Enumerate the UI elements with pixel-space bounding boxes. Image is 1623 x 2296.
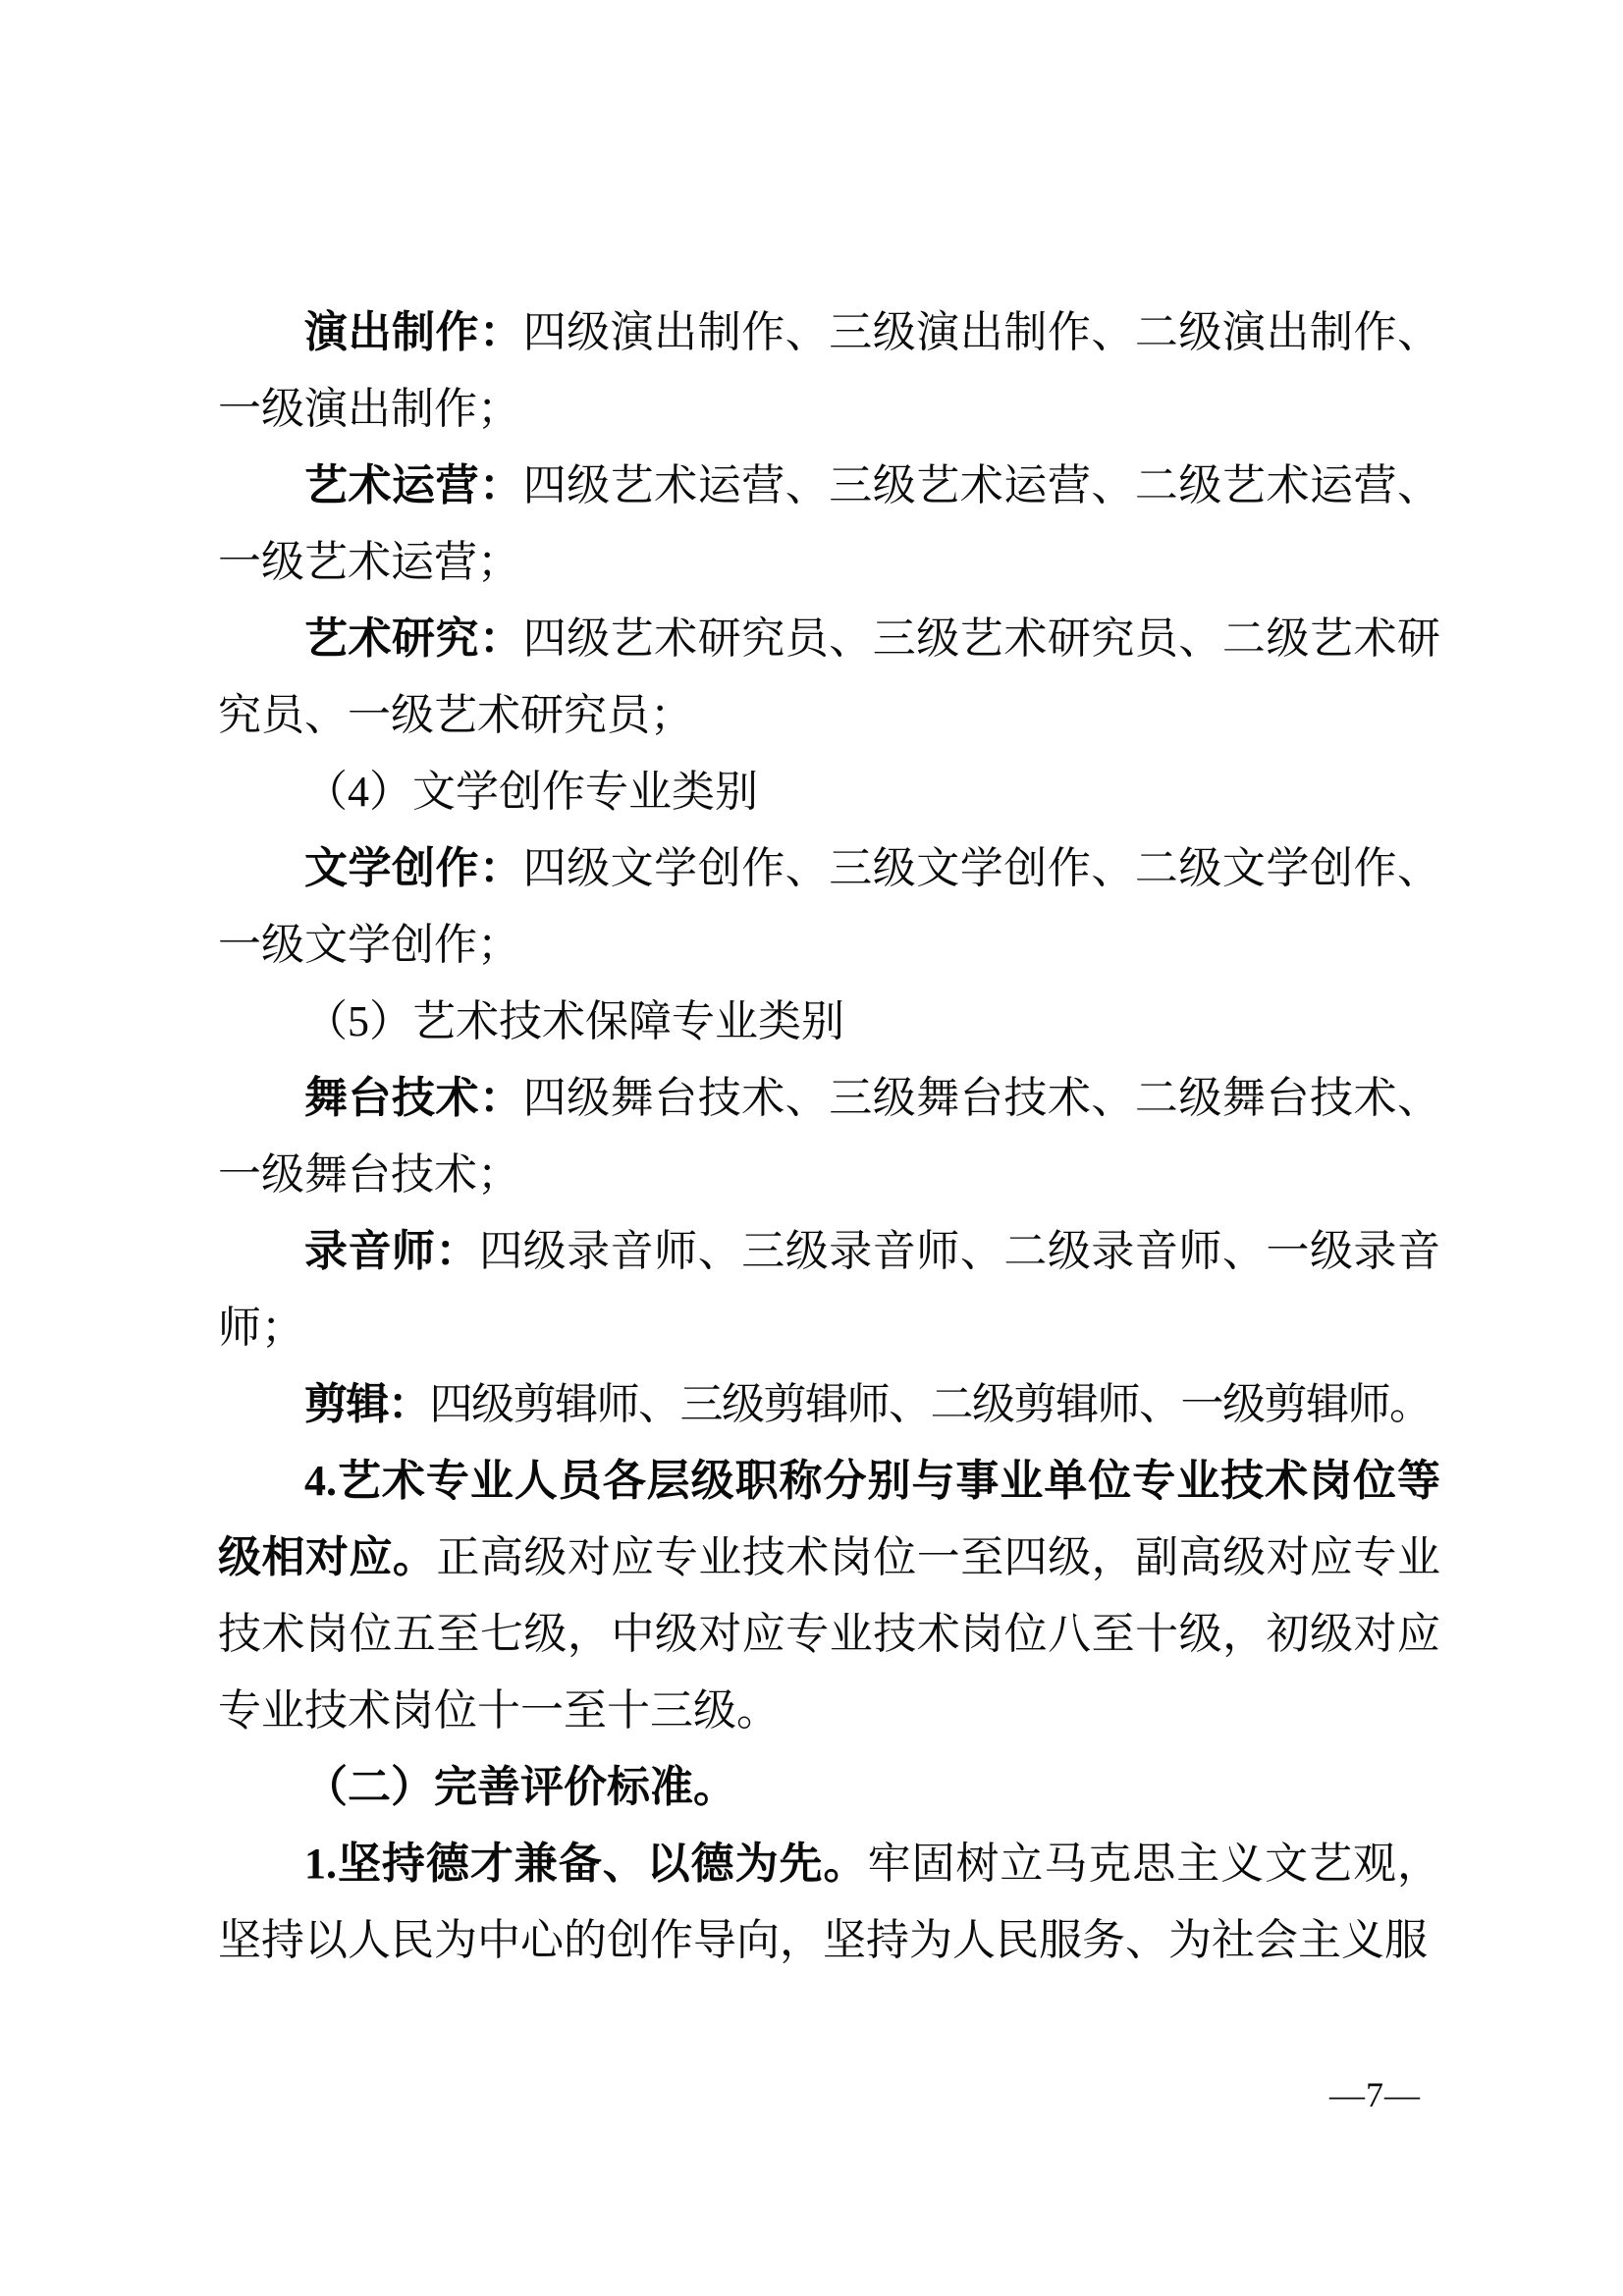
paragraph: 艺术研究：四级艺术研究员、三级艺术研究员、二级艺术研究员、一级艺术研究员；: [218, 601, 1440, 754]
paragraph-label: 舞台技术：: [304, 1074, 523, 1122]
paragraph: 剪辑：四级剪辑师、三级剪辑师、二级剪辑师、一级剪辑师。: [218, 1366, 1440, 1443]
paragraph-label: 剪辑：: [304, 1380, 430, 1428]
paragraph: （二）完善评价标准。: [218, 1749, 1440, 1826]
paragraph: （4）文学创作专业类别: [218, 754, 1440, 830]
paragraph: 录音师：四级录音师、三级录音师、二级录音师、一级录音师；: [218, 1213, 1440, 1366]
paragraph: 文学创作：四级文学创作、三级文学创作、二级文学创作、一级文学创作；: [218, 830, 1440, 984]
paragraph-label: 艺术运营：: [304, 461, 523, 509]
paragraph: （5）艺术技术保障专业类别: [218, 984, 1440, 1060]
paragraph: 4.艺术专业人员各层级职称分别与事业单位专业技术岗位等级相对应。正高级对应专业技…: [218, 1443, 1440, 1749]
paragraph-text: 四级剪辑师、三级剪辑师、二级剪辑师、一级剪辑师。: [430, 1380, 1432, 1428]
document-page: 演出制作：四级演出制作、三级演出制作、二级演出制作、一级演出制作； 艺术运营：四…: [0, 0, 1623, 2296]
paragraph-label: 演出制作：: [304, 308, 523, 356]
paragraph-label: 文学创作：: [304, 844, 523, 892]
paragraph: 艺术运营：四级艺术运营、三级艺术运营、二级艺术运营、一级艺术运营；: [218, 448, 1440, 601]
paragraph-text: （5）艺术技术保障专业类别: [304, 997, 844, 1045]
document-body: 演出制作：四级演出制作、三级演出制作、二级演出制作、一级演出制作； 艺术运营：四…: [218, 294, 1440, 1979]
paragraph-label: （二）完善评价标准。: [304, 1763, 736, 1811]
paragraph: 演出制作：四级演出制作、三级演出制作、二级演出制作、一级演出制作；: [218, 294, 1440, 448]
paragraph-label: 艺术研究：: [304, 614, 523, 663]
paragraph: 舞台技术：四级舞台技术、三级舞台技术、二级舞台技术、一级舞台技术；: [218, 1060, 1440, 1213]
paragraph-label: 1.坚持德才兼备、以德为先。: [304, 1840, 867, 1888]
paragraph-label: 录音师：: [304, 1227, 479, 1275]
paragraph-text: （4）文学创作专业类别: [304, 768, 758, 816]
paragraph: 1.坚持德才兼备、以德为先。牢固树立马克思主义文艺观，坚持以人民为中心的创作导向…: [218, 1826, 1440, 1979]
page-number: —7—: [1329, 2073, 1421, 2116]
